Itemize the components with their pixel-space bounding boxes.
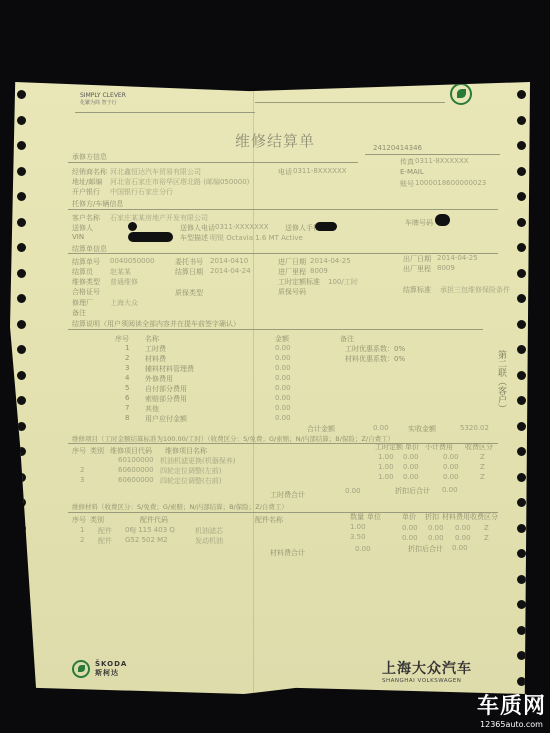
field-label: 经销商名称	[72, 167, 107, 177]
column-header: 序号	[72, 515, 86, 525]
column-header: 单价	[402, 512, 416, 522]
skoda-logo-top: ŠKODA	[435, 72, 487, 105]
redaction	[435, 214, 450, 226]
field-label: 委托书号	[175, 257, 203, 267]
column-header: 收费区分	[470, 512, 498, 522]
entry-date: 2014-04-25	[310, 257, 351, 265]
column-header: 数量	[350, 512, 364, 522]
column-header: 名称	[145, 334, 159, 344]
field-label: 出厂日期	[403, 254, 431, 264]
column-header: 配件名称	[255, 515, 283, 525]
field-label: 合格证号	[72, 287, 100, 297]
dealer-name: 河北鑫恒达汽车贸易有限公司	[110, 167, 201, 177]
sender-phone: 0311-XXXXXXX	[215, 223, 269, 231]
field-label: 车牌号码	[405, 218, 433, 228]
parts-discount-label: 折扣后合计	[408, 544, 443, 554]
actual-value: 5320.02	[460, 424, 489, 432]
settler-name: 赵某某	[110, 267, 131, 277]
column-header: 配件代码	[140, 515, 168, 525]
field-label: 进厂里程	[278, 267, 306, 277]
field-label: VIN	[72, 233, 84, 241]
labor-heading: 维修项目（工时金额结算标准为100.00/工时）（收费区分：S/免费；G/索赔；…	[72, 434, 394, 443]
left-tractor-holes	[14, 90, 28, 686]
field-label: 客户名称	[72, 213, 100, 223]
field-label: 结算日期	[175, 267, 203, 277]
column-header: 金额	[275, 334, 289, 344]
field-label: 质保号码	[278, 287, 306, 297]
column-header: 折扣	[425, 512, 439, 522]
svw-en: SHANGHAI VOLKSWAGEN	[382, 678, 472, 684]
repair-settlement-form: SIMPLY CLEVER 化繁为简 智于行 ŠKODA 维修结算单 24120…	[10, 82, 530, 694]
dealer-account: 1000018600000023	[415, 179, 486, 187]
parts-discount-value: 0.00	[452, 544, 468, 552]
parts-sum-label: 材料费合计	[270, 548, 305, 558]
field-label: 出厂里程	[403, 264, 431, 274]
actual-label: 实收金额	[408, 424, 436, 434]
settlement-standard: 承担三包维修保险条件	[440, 285, 510, 295]
field-label: 进厂日期	[278, 257, 306, 267]
field-label: 质保类型	[175, 288, 203, 298]
column-header: 类别	[90, 446, 104, 456]
field-label: E-MAIL	[400, 168, 424, 176]
settlement-number: 0040050000	[110, 257, 155, 265]
dealer-fax: 0311-8XXXXXX	[415, 157, 469, 165]
field-label: 地址/邮编	[72, 177, 102, 187]
provider-heading: 承修方信息	[72, 152, 107, 162]
svw-cn: 上海大众汽车	[382, 658, 472, 678]
column-header: 小计费用	[425, 442, 453, 452]
skoda-footer-logo: ŠKODA 斯柯达	[72, 660, 127, 678]
labor-discount-value: 0.00	[442, 486, 458, 494]
field-label: 备注	[72, 308, 86, 318]
exit-mileage: 8009	[437, 264, 455, 272]
watermark-url: 12365auto.com	[477, 720, 546, 729]
dealer-bank: 中国银行石家庄分行	[110, 187, 173, 197]
copy-label: 第二联（客户）	[498, 350, 508, 413]
column-header: 收费区分	[465, 442, 493, 452]
column-header: 维修项目代码	[110, 446, 152, 456]
field-label: 维修类型	[72, 277, 100, 287]
labor-rate: 100/工时	[328, 277, 358, 287]
svw-footer-logo: 上海大众汽车 SHANGHAI VOLKSWAGEN	[382, 658, 472, 684]
order-number: 2014-0410	[210, 257, 248, 265]
dealer-address: 河北省石家庄市裕华区塔北路 (邮编050000)	[110, 177, 249, 187]
field-label: 工时定额标准	[278, 277, 320, 287]
skoda-footer-en: ŠKODA	[95, 660, 127, 669]
field-label: 结算标准	[403, 285, 431, 295]
settlement-date: 2014-04-24	[210, 267, 251, 275]
exit-date: 2014-04-25	[437, 254, 478, 262]
skoda-winged-arrow-icon	[450, 83, 472, 105]
field-label: 车型描述	[180, 233, 208, 243]
customer-name: 石家庄某某房地产开发有限公司	[110, 213, 208, 223]
repair-shop: 上海大众	[110, 298, 138, 308]
column-header: 单价	[405, 442, 419, 452]
field-label: 结算员	[72, 267, 93, 277]
document-title: 维修结算单	[235, 130, 315, 151]
field-label: 电话	[278, 167, 292, 177]
column-header: 备注	[340, 334, 354, 344]
labor-sum-label: 工时费合计	[270, 490, 305, 500]
field-label: 结算单号	[72, 257, 100, 267]
total-value: 0.00	[373, 424, 389, 432]
watermark: 车质网 12365auto.com	[477, 689, 546, 729]
column-header: 序号	[115, 334, 129, 344]
redaction	[315, 222, 337, 231]
column-header: 序号	[72, 446, 86, 456]
fees-heading: 结算说明（用户须阅读全部内容并在提车前签字确认）	[72, 319, 240, 329]
customer-heading: 托修方/车辆信息	[72, 199, 123, 209]
paper-fold	[253, 82, 254, 694]
watermark-cn: 车质网	[477, 689, 546, 720]
field-label: 账号	[400, 179, 414, 189]
repair-type: 普通维修	[110, 277, 138, 287]
field-label: 送修人电话	[180, 223, 215, 233]
column-header: 材料费用	[442, 512, 470, 522]
skoda-wordmark: ŠKODA	[435, 72, 487, 80]
column-header: 类别	[90, 515, 104, 525]
total-label: 合计金额	[307, 424, 335, 434]
right-tractor-holes	[514, 90, 528, 686]
parts-heading: 维修材料（收费区分：S/免费；G/索赔；N/内部结算；B/保险；Z/自费工）	[72, 502, 288, 511]
skoda-footer-cn: 斯柯达	[95, 669, 127, 678]
field-label: 送修人	[72, 223, 93, 233]
column-header: 单位	[367, 512, 381, 522]
slogan-cn: 化繁为简 智于行	[80, 99, 117, 106]
field-label: 传真	[400, 157, 414, 167]
entry-mileage: 8009	[310, 267, 328, 275]
redaction	[128, 232, 173, 242]
labor-discount-label: 折扣后合计	[395, 486, 430, 496]
column-header: 工时定额	[375, 442, 403, 452]
parts-sum-value: 0.00	[355, 545, 371, 553]
slogan-en: SIMPLY CLEVER	[80, 92, 126, 99]
field-label: 开户银行	[72, 187, 100, 197]
skoda-winged-arrow-icon	[72, 660, 90, 678]
document-number: 24120414346	[373, 144, 422, 152]
redaction	[128, 222, 137, 231]
column-header: 维修项目名称	[165, 446, 207, 456]
labor-sum-value: 0.00	[345, 487, 361, 495]
vehicle-model: 明锐 Octavia 1.6 MT Active	[210, 233, 303, 243]
dealer-phone: 0311-8XXXXXX	[293, 167, 347, 175]
field-label: 修理厂	[72, 298, 93, 308]
